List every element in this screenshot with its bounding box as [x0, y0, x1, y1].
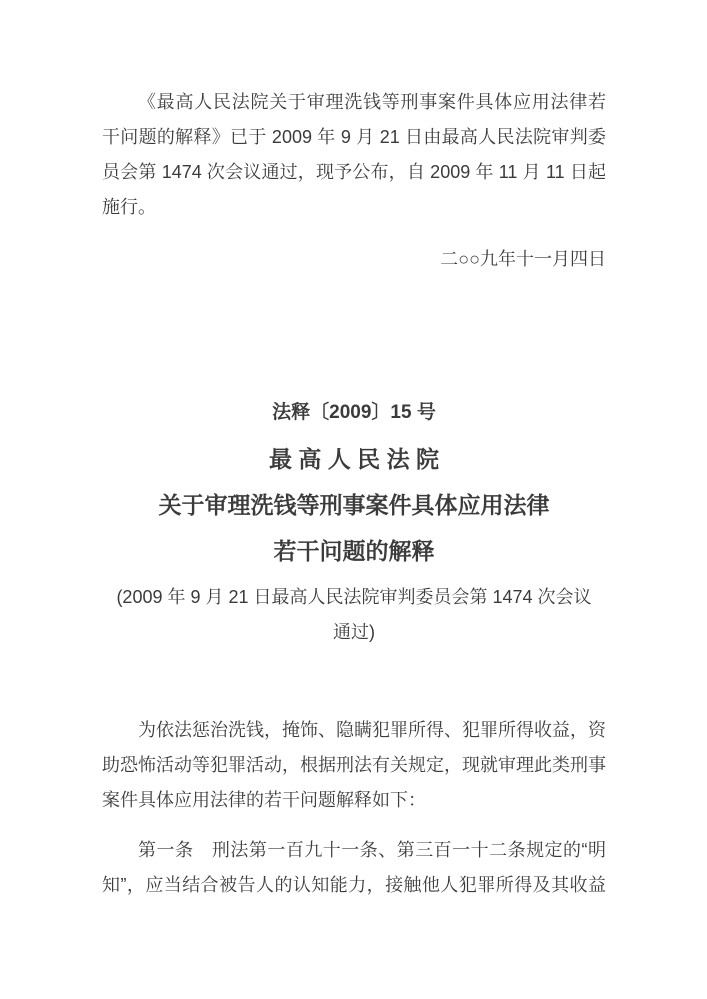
document-page: 《最高人民法院关于审理洗钱等刑事案件具体应用法律若 干问题的解释》已于 2009… [0, 0, 707, 999]
article-1-line: 知”，应当结合被告人的认知能力，接触他人犯罪所得及其收益 [102, 868, 606, 903]
doc-number: 法释〔2009〕15 号 [102, 390, 606, 436]
preamble-line: 案件具体应用法律的若干问题解释如下： [102, 783, 606, 818]
announcement-line: 员会第 1474 次会议通过，现予公布，自 2009 年 11 月 11 日起 [102, 155, 606, 190]
title-line-1: 关于审理洗钱等刑事案件具体应用法律 [102, 482, 606, 528]
publish-date: 二○○九年十一月四日 [102, 242, 606, 277]
announcement-line: 《最高人民法院关于审理洗钱等刑事案件具体应用法律若 [102, 85, 606, 120]
announcement-line: 施行。 [102, 190, 606, 225]
passage-note-line: (2009 年 9 月 21 日最高人民法院审判委员会第 1474 次会议 [102, 580, 606, 615]
preamble-paragraph: 为依法惩治洗钱，掩饰、隐瞒犯罪所得、犯罪所得收益，资 助恐怖活动等犯罪活动，根据… [102, 713, 606, 818]
article-1-paragraph: 第一条 刑法第一百九十一条、第三百一十二条规定的“明 知”，应当结合被告人的认知… [102, 833, 606, 903]
announcement-paragraph: 《最高人民法院关于审理洗钱等刑事案件具体应用法律若 干问题的解释》已于 2009… [102, 85, 606, 225]
announcement-line: 干问题的解释》已于 2009 年 9 月 21 日由最高人民法院审判委 [102, 120, 606, 155]
preamble-line: 为依法惩治洗钱，掩饰、隐瞒犯罪所得、犯罪所得收益，资 [102, 713, 606, 748]
court-name: 最 高 人 民 法 院 [102, 436, 606, 482]
passage-note-line: 通过) [102, 615, 606, 650]
preamble-line: 助恐怖活动等犯罪活动，根据刑法有关规定，现就审理此类刑事 [102, 748, 606, 783]
passage-note: (2009 年 9 月 21 日最高人民法院审判委员会第 1474 次会议 通过… [102, 580, 606, 650]
article-1-line: 第一条 刑法第一百九十一条、第三百一十二条规定的“明 [102, 833, 606, 868]
heading-block: 法释〔2009〕15 号 最 高 人 民 法 院 关于审理洗钱等刑事案件具体应用… [102, 390, 606, 574]
title-line-2: 若干问题的解释 [102, 528, 606, 574]
